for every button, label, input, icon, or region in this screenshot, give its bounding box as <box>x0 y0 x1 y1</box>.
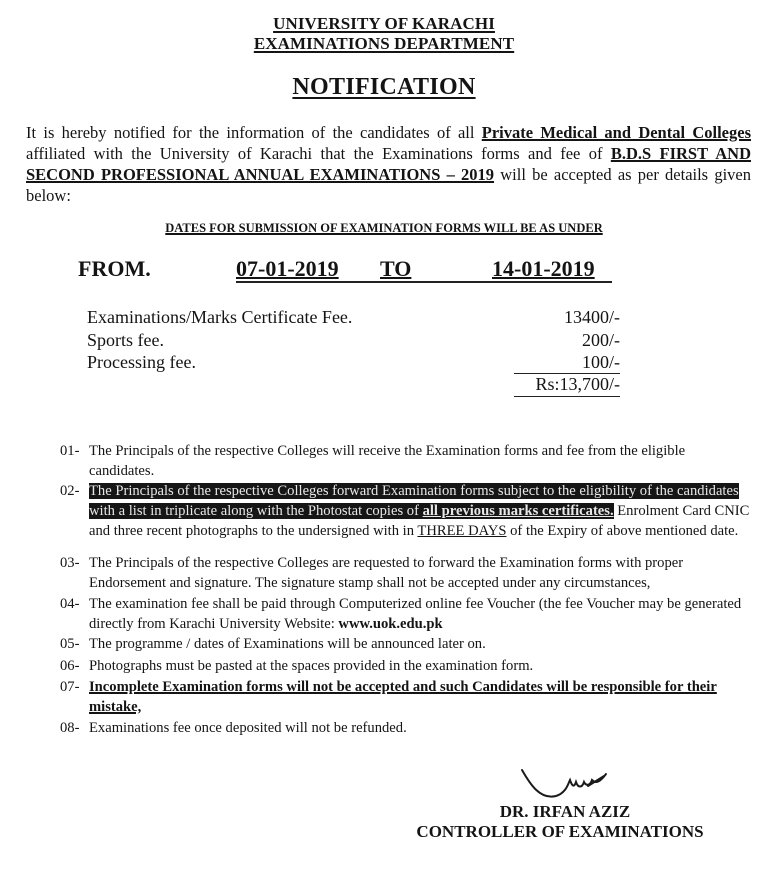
intro-colleges: Private Medical and Dental Colleges <box>482 123 751 142</box>
instruction-number: 03- <box>60 553 88 573</box>
fee-label-sports: Sports fee. <box>87 330 164 351</box>
to-date-value: 14-01-2019 <box>492 256 595 281</box>
instruction-text: The Principals of the respective College… <box>89 553 750 593</box>
intro-text: It is hereby notified for the informatio… <box>26 123 482 142</box>
signature-icon <box>512 766 622 806</box>
signatory-designation: CONTROLLER OF EXAMINATIONS <box>360 822 760 842</box>
instruction-number: 02- <box>60 481 88 501</box>
to-label-text: TO <box>380 256 411 281</box>
instruction-number: 08- <box>60 718 88 738</box>
signatory-name: DR. IRFAN AZIZ <box>420 802 710 822</box>
fee-label-exam: Examinations/Marks Certificate Fee. <box>87 307 352 328</box>
fee-amount-processing: 100/- <box>582 352 620 373</box>
fee-amount-exam: 13400/- <box>564 307 620 328</box>
fee-total: Rs:13,700/- <box>535 374 620 395</box>
intro-paragraph: It is hereby notified for the informatio… <box>26 122 751 206</box>
to-label: TO <box>380 256 411 282</box>
instruction-01: 01- The Principals of the respective Col… <box>60 441 750 481</box>
instruction-text: The Principals of the respective College… <box>89 481 750 541</box>
to-date: 14-01-2019 <box>492 256 595 282</box>
university-name: UNIVERSITY OF KARACHI <box>0 14 768 34</box>
instruction-text: The Principals of the respective College… <box>89 441 750 481</box>
highlighted-bold-text: all previous marks certificates. <box>423 503 614 519</box>
instruction-text: Incomplete Examination forms will not be… <box>89 677 750 717</box>
department-name: EXAMINATIONS DEPARTMENT <box>0 34 768 54</box>
total-rule <box>514 396 620 397</box>
instruction-number: 06- <box>60 656 88 676</box>
from-date-value: 07-01-2019 <box>236 256 339 281</box>
instruction-text: The programme / dates of Examinations wi… <box>89 634 750 654</box>
website-link[interactable]: www.uok.edu.pk <box>338 616 442 632</box>
fee-amount-sports: 200/- <box>582 330 620 351</box>
instruction-number: 01- <box>60 441 88 461</box>
instruction-text: Photographs must be pasted at the spaces… <box>89 656 750 676</box>
instruction-text: The examination fee shall be paid throug… <box>89 594 750 634</box>
submission-heading: DATES FOR SUBMISSION OF EXAMINATION FORM… <box>0 221 768 236</box>
instruction-number: 07- <box>60 677 88 697</box>
intro-text: affiliated with the University of Karach… <box>26 144 611 163</box>
instruction-number: 04- <box>60 594 88 614</box>
from-date: 07-01-2019 <box>236 256 339 282</box>
instruction-text: Examinations fee once deposited will not… <box>89 718 750 738</box>
instruction-03: 03- The Principals of the respective Col… <box>60 553 750 593</box>
instruction-07: 07- Incomplete Examination forms will no… <box>60 677 750 717</box>
dates-underline <box>236 281 612 283</box>
instruction-02: 02- The Principals of the respective Col… <box>60 481 750 561</box>
fee-label-processing: Processing fee. <box>87 352 196 373</box>
from-label: FROM. <box>78 256 151 282</box>
instruction-number: 05- <box>60 634 88 654</box>
instruction-04: 04- The examination fee shall be paid th… <box>60 594 750 634</box>
page-title: NOTIFICATION <box>0 74 768 101</box>
instruction-text-part: of the Expiry of above mentioned date. <box>506 523 738 539</box>
three-days-text: THREE DAYS <box>417 523 506 539</box>
